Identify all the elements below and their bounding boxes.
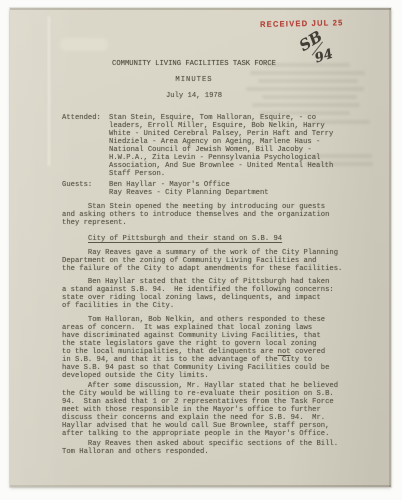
document-date: July 14, 1978: [62, 92, 370, 100]
paper-fold-crease: [48, 16, 50, 166]
attended-list: Stan Stein, Esquire, Tom Halloran, Esqui…: [109, 114, 333, 178]
attended-section: Attended: Stan Stein, Esquire, Tom Hallo…: [62, 114, 370, 178]
paragraph-ray-reaves-summary: Ray Reaves gave a summary of the work of…: [62, 249, 370, 273]
document-subtitle: MINUTES: [62, 76, 370, 84]
paper-sheet: RECEIVED JUL 25 SB 94 COMMUNITY LIVING F…: [10, 8, 391, 487]
guests-label: Guests:: [62, 181, 109, 197]
attended-label: Attended:: [62, 114, 109, 178]
section-heading-text: City of Pittsburgh and their stand on S.…: [88, 235, 282, 243]
paper-right-edge: [389, 8, 391, 487]
guests-list: Ben Hayllar - Mayor's Office Ray Reaves …: [109, 181, 269, 197]
paragraph-ben-hayllar-stand: Ben Hayllar stated that the City of Pitt…: [62, 278, 370, 310]
paragraph-discussion: After some discussion, Mr. Hayllar state…: [62, 382, 370, 438]
paragraph-halloran-response: Tom Halloran, Bob Nelkin, and others res…: [62, 316, 370, 380]
guests-section: Guests: Ben Hayllar - Mayor's Office Ray…: [62, 181, 370, 197]
paragraph-opening: Stan Stein opened the meeting by introdu…: [62, 203, 370, 227]
paragraph-closing: Ray Reaves then asked about specific sec…: [62, 440, 370, 456]
underlined-word-not: not: [278, 348, 291, 356]
section-heading: City of Pittsburgh and their stand on S.…: [62, 235, 370, 243]
scanned-document-page: RECEIVED JUL 25 SB 94 COMMUNITY LIVING F…: [0, 0, 402, 500]
paper-bottom-edge: [10, 485, 391, 487]
document-title: COMMUNITY LIVING FACILITIES TASK FORCE: [62, 60, 370, 68]
document-body: COMMUNITY LIVING FACILITIES TASK FORCE M…: [62, 8, 370, 456]
